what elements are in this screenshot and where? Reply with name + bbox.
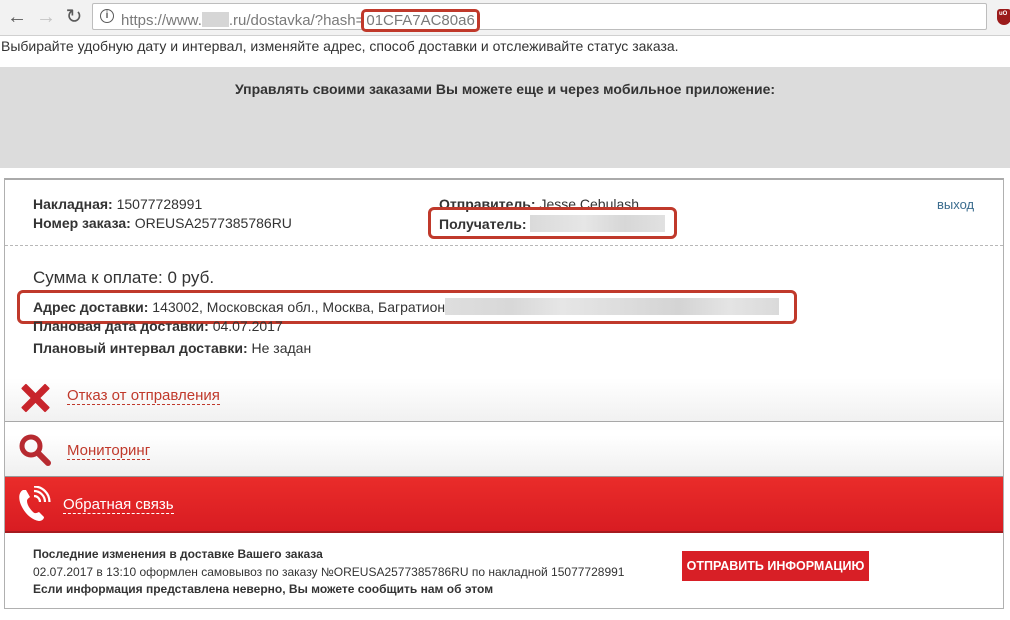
redacted-domain — [202, 12, 229, 27]
forward-button[interactable]: → — [35, 6, 57, 28]
arrow-right-icon: → — [36, 6, 56, 28]
monitoring-link[interactable]: Мониторинг — [67, 442, 150, 460]
waybill-value: 15077728991 — [117, 196, 203, 212]
send-information-button[interactable]: ОТПРАВИТЬ ИНФОРМАЦИЮ — [682, 551, 869, 581]
order-number: Номер заказа: OREUSA2577385786RU — [33, 215, 292, 231]
back-button[interactable]: ← — [6, 6, 28, 28]
logout-link[interactable]: выход — [937, 197, 974, 212]
intro-text: Выбирайте удобную дату и интервал, измен… — [1, 38, 679, 54]
feedback-row[interactable]: Обратная связь — [5, 477, 1003, 533]
redacted-recipient — [530, 215, 665, 232]
waybill: Накладная: 15077728991 — [33, 196, 202, 212]
info-icon[interactable]: i — [100, 9, 114, 23]
order-number-label: Номер заказа: — [33, 215, 131, 231]
address-bar[interactable]: i https://www..ru/dostavka/?hash=01CFA7A… — [92, 3, 987, 30]
order-header: Накладная: 15077728991 Номер заказа: ORE… — [5, 180, 1003, 246]
planned-interval-label: Плановый интервал доставки: — [33, 340, 248, 356]
reload-button[interactable]: ↻ — [63, 6, 85, 28]
monitoring-row[interactable]: Мониторинг — [5, 422, 1003, 477]
refuse-shipment-row[interactable]: Отказ от отправления — [5, 360, 1003, 422]
url-scheme: https://www. — [121, 12, 202, 29]
planned-date-label: Плановая дата доставки: — [33, 318, 209, 334]
planned-interval: Плановый интервал доставки: Не задан — [33, 340, 311, 356]
browser-toolbar: ← → ↻ i https://www..ru/dostavka/?hash=0… — [0, 0, 1010, 36]
amount-due: Сумма к оплате: 0 руб. — [33, 268, 214, 288]
recipient: Получатель: — [439, 215, 665, 232]
refuse-shipment-link[interactable]: Отказ от отправления — [67, 387, 220, 405]
redacted-address — [445, 298, 779, 315]
report-prompt: Если информация представлена неверно, Вы… — [33, 582, 493, 596]
planned-date: Плановая дата доставки: 04.07.2017 — [33, 318, 283, 334]
ublock-shield-icon[interactable] — [997, 9, 1010, 25]
close-x-icon — [20, 383, 50, 413]
waybill-label: Накладная: — [33, 196, 113, 212]
phone-icon — [17, 486, 51, 524]
order-card: Накладная: 15077728991 Номер заказа: ORE… — [4, 178, 1004, 609]
order-number-value: OREUSA2577385786RU — [135, 215, 292, 231]
recipient-label: Получатель: — [439, 216, 526, 232]
address-value: 143002, Московская обл., Москва, Баграти… — [152, 299, 445, 315]
mobile-app-banner-text: Управлять своими заказами Вы можете еще … — [0, 81, 1010, 97]
address-label: Адрес доставки: — [33, 299, 148, 315]
magnifier-icon — [18, 433, 52, 467]
news-title: Последние изменения в доставке Вашего за… — [33, 547, 323, 561]
url-hash-highlight: 01CFA7AC80a6 — [361, 9, 479, 32]
feedback-link[interactable]: Обратная связь — [63, 496, 174, 514]
url-text[interactable]: https://www..ru/dostavka/?hash=01CFA7AC8… — [121, 9, 480, 32]
delivery-address: Адрес доставки: 143002, Московская обл.,… — [33, 298, 779, 315]
news-event: 02.07.2017 в 13:10 оформлен самовывоз по… — [33, 565, 624, 579]
url-path: .ru/dostavka/?hash= — [229, 12, 365, 29]
arrow-left-icon: ← — [7, 6, 27, 28]
planned-date-value: 04.07.2017 — [213, 318, 283, 334]
reload-icon: ↻ — [66, 6, 83, 28]
planned-interval-value: Не задан — [252, 340, 312, 356]
mobile-app-banner: Управлять своими заказами Вы можете еще … — [0, 67, 1010, 168]
